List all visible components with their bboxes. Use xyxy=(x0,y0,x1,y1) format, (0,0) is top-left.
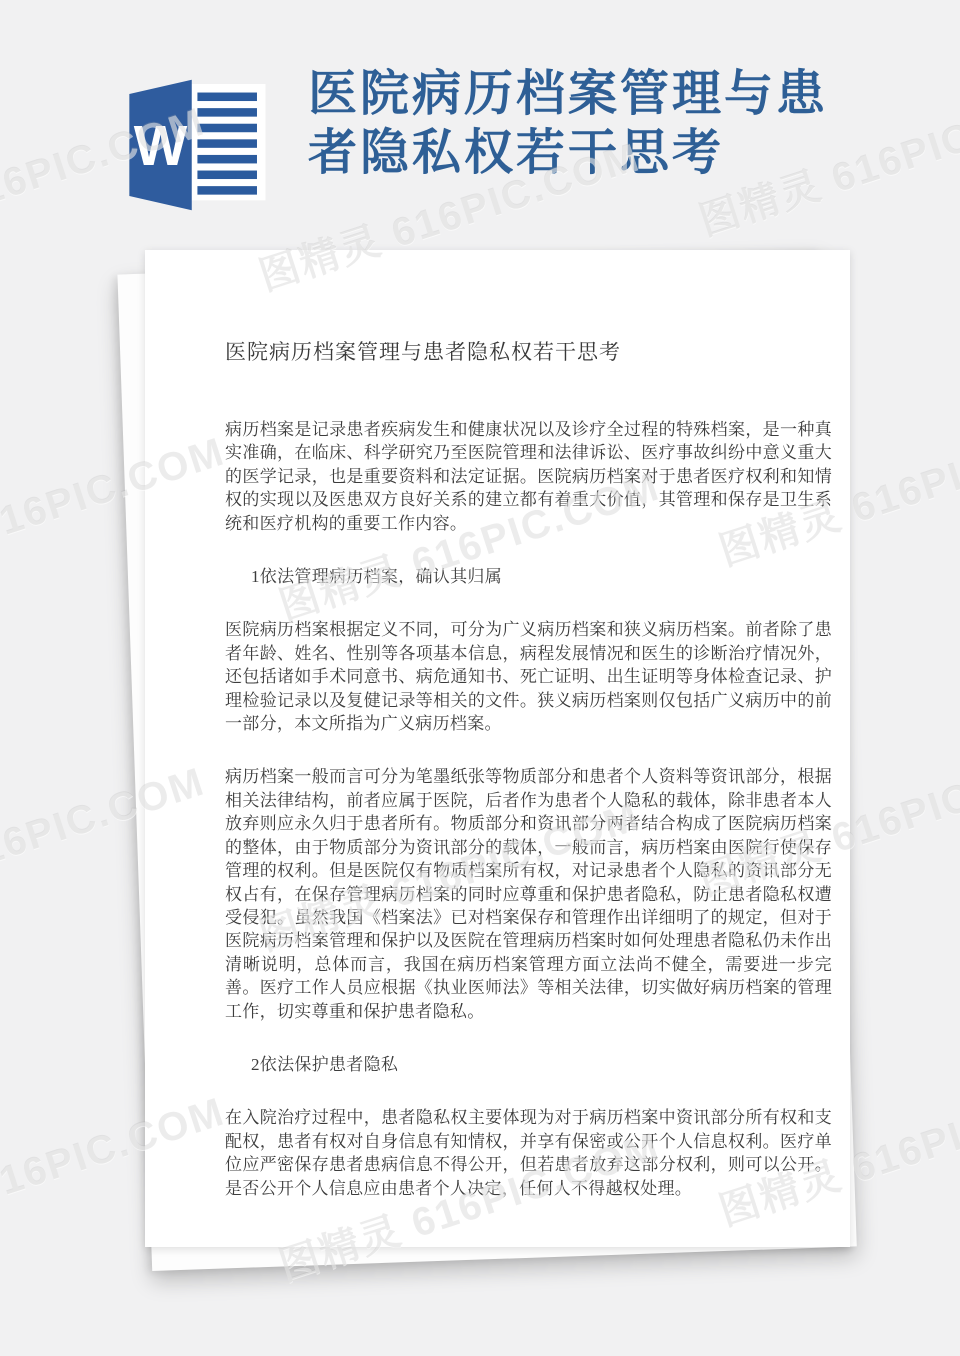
paragraph: 病历档案一般而言可分为笔墨纸张等物质部分和患者个人资料等资讯部分，根据相关法律结… xyxy=(225,765,832,1022)
paragraph: 医院病历档案根据定义不同，可分为广义病历档案和狭义病历档案。前者除了患者年龄、姓… xyxy=(225,618,832,735)
paragraph: 在入院治疗过程中，患者隐私权主要体现为对于病历档案中资讯部分所有权和支配权，患者… xyxy=(225,1106,832,1200)
section-heading-2: 2依法保护患者隐私 xyxy=(225,1053,832,1076)
document-title: 医院病历档案管理与患者隐私权若干思考 xyxy=(225,336,832,366)
page-title-line1: 医院病历档案管理与患 xyxy=(308,66,828,121)
paragraph: 病历档案是记录患者疾病发生和健康状况以及诊疗全过程的特殊档案，是一种真实准确，在… xyxy=(225,418,832,535)
page-title-line2: 者隐私权若干思考 xyxy=(308,125,724,180)
word-file-icon: W xyxy=(118,74,274,216)
document-body: 病历档案是记录患者疾病发生和健康状况以及诊疗全过程的特殊档案，是一种真实准确，在… xyxy=(225,418,832,1200)
page-header: W 医院病历档案管理与患 者隐私权若干思考 xyxy=(0,0,960,230)
document-preview: 医院病历档案管理与患者隐私权若干思考 病历档案是记录患者疾病发生和健康状况以及诊… xyxy=(145,250,850,1247)
word-icon-letter: W xyxy=(134,115,188,178)
document-page: 医院病历档案管理与患者隐私权若干思考 病历档案是记录患者疾病发生和健康状况以及诊… xyxy=(145,250,850,1247)
word-icon-graphic: W xyxy=(118,74,274,216)
page-title: 医院病历档案管理与患 者隐私权若干思考 xyxy=(308,64,883,182)
section-heading-1: 1依法管理病历档案，确认其归属 xyxy=(225,565,832,588)
